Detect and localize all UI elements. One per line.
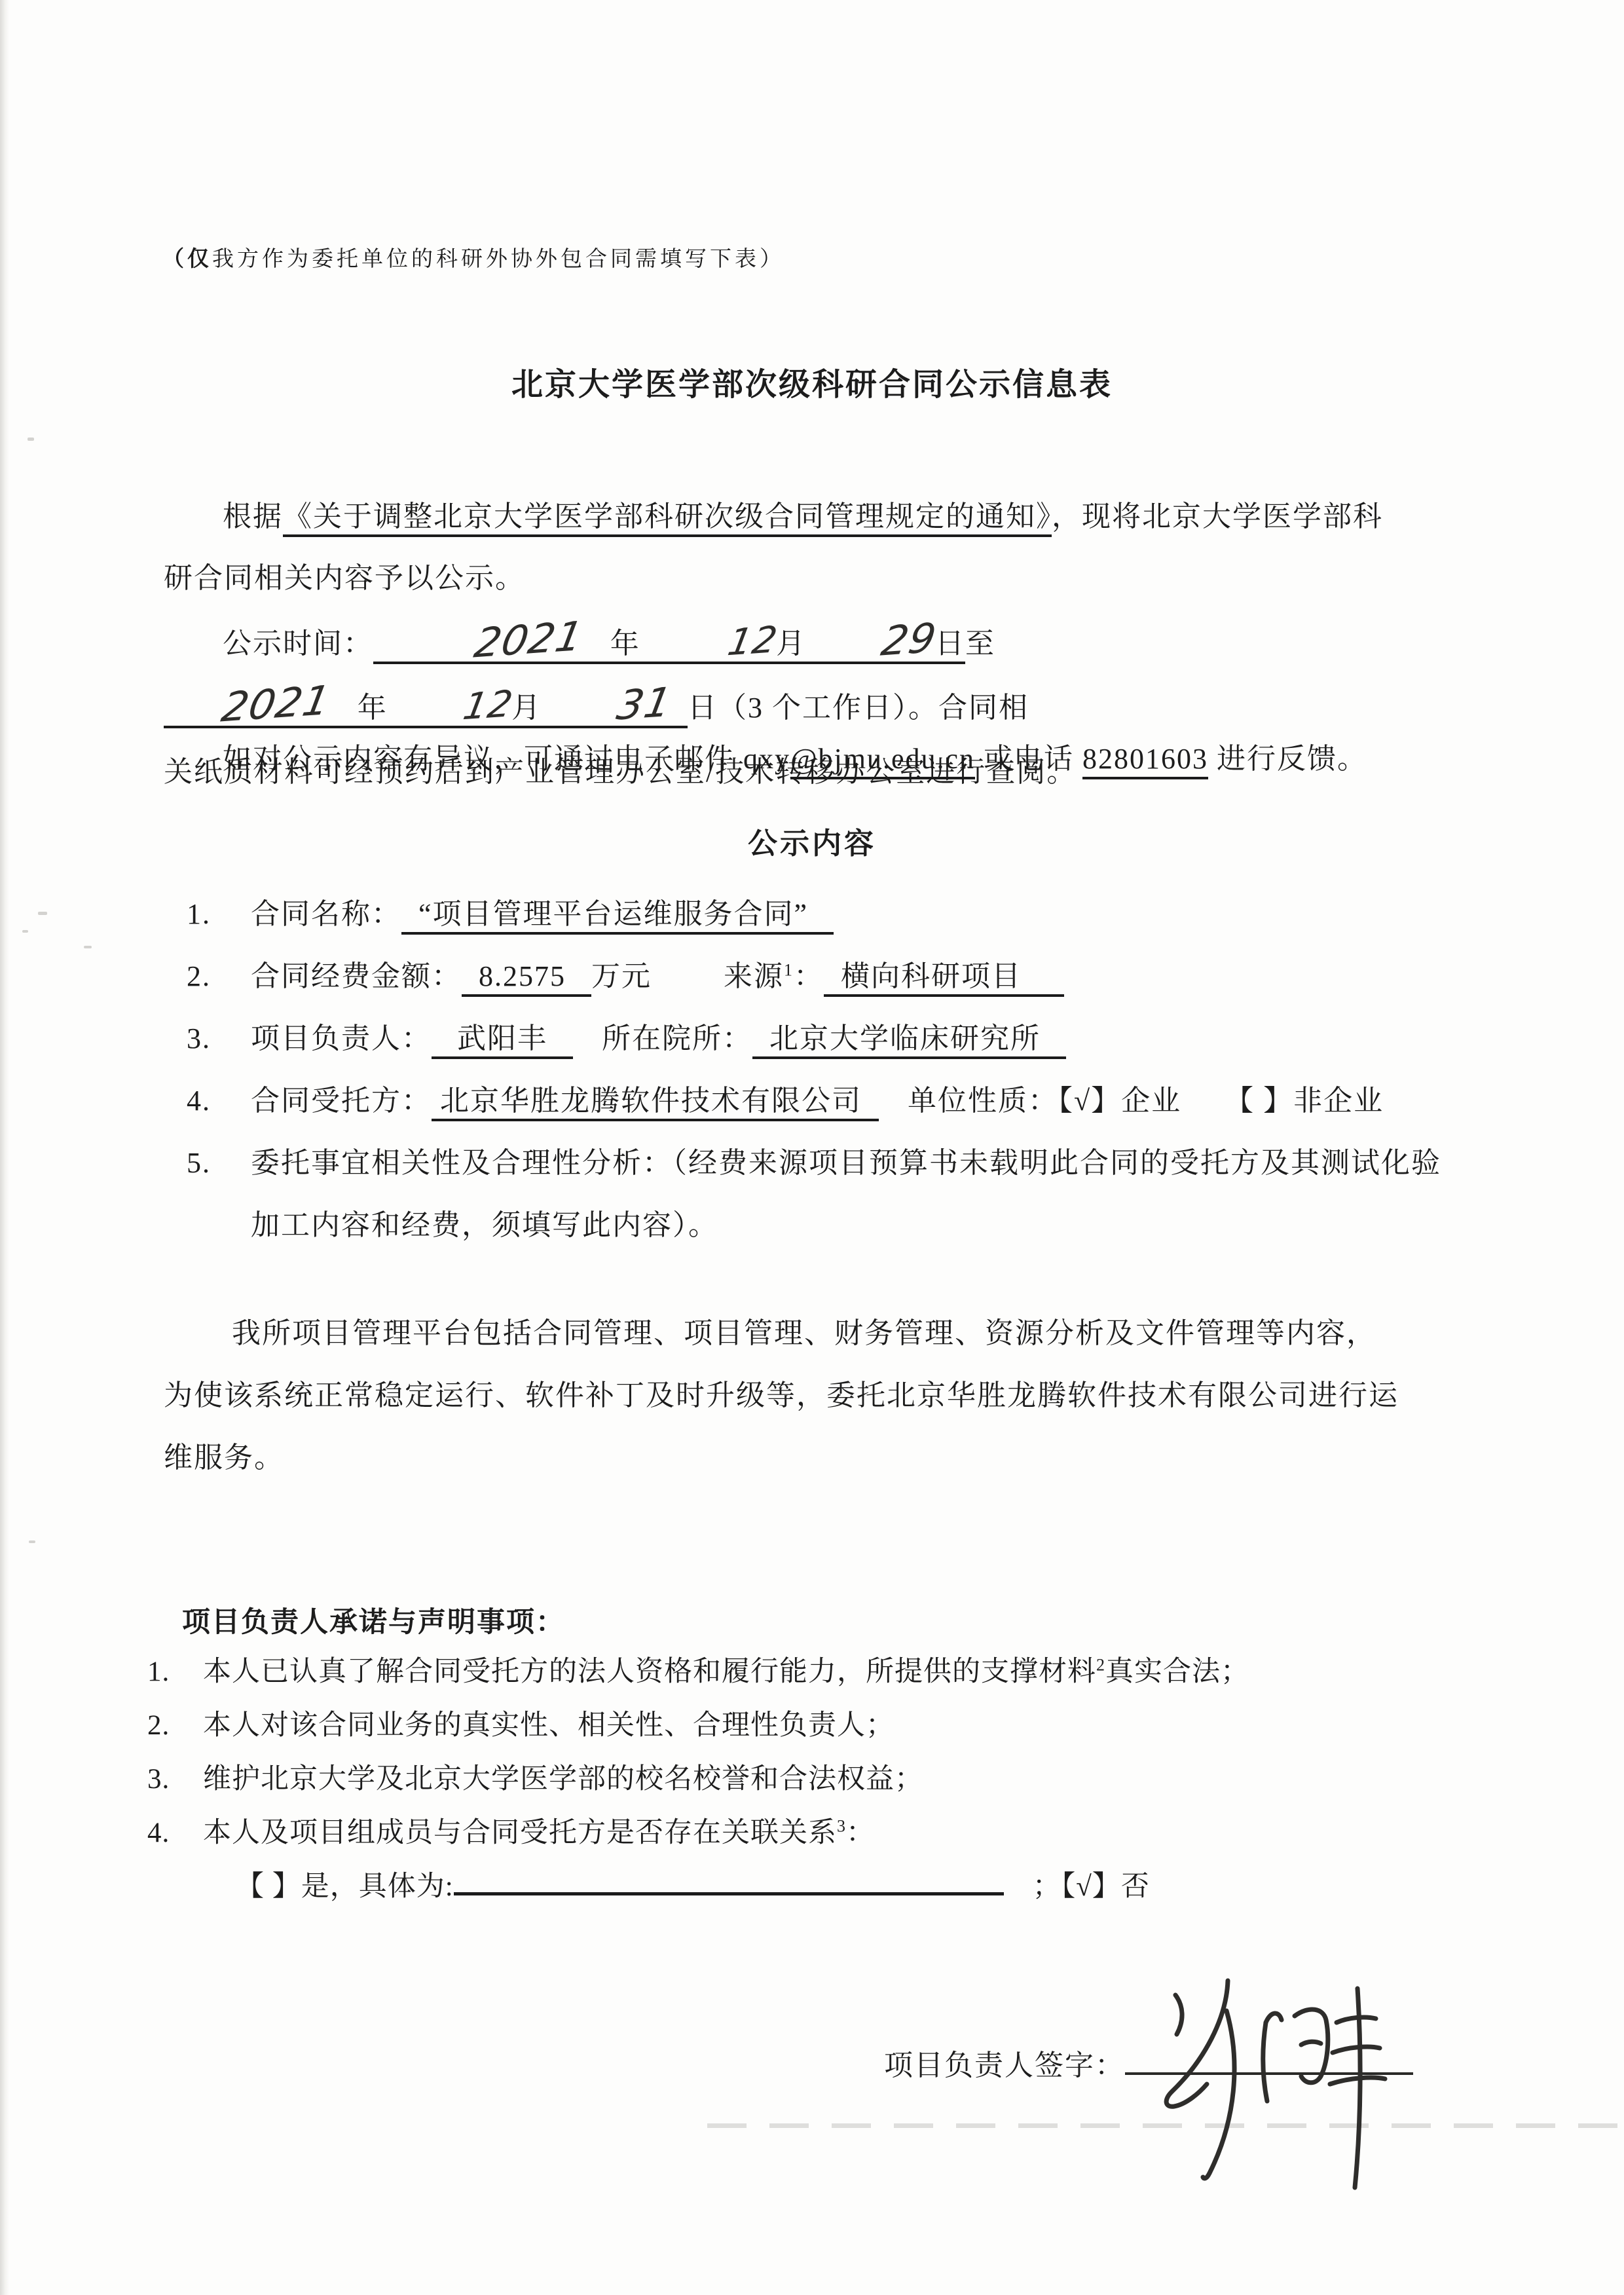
item-number: 4.	[187, 1070, 251, 1132]
amount-label: 合同经费金额：	[251, 960, 462, 992]
disclosure-list: 1.合同名称： “项目管理平台运维服务合同” 2.合同经费金额： 8.2575 …	[187, 883, 1473, 1256]
pledge-item-3: 3.维护北京大学及北京大学医学部的校名校誉和合法权益；	[147, 1753, 1477, 1806]
item-number: 4.	[147, 1806, 203, 1860]
pledge-4-tail: ：	[846, 1818, 875, 1848]
feedback-phone: 82801603	[1082, 743, 1208, 779]
pledge-3-text: 维护北京大学及北京大学医学部的校名校誉和合法权益；	[203, 1764, 923, 1795]
top-note-bold: （仅	[162, 248, 212, 271]
handwritten-day-end: 31	[554, 682, 675, 730]
pi-value: 武阳丰	[432, 1022, 573, 1059]
list-item-contractor: 4.合同受托方： 北京华胜龙腾软件技术有限公司 单位性质：【√】企业【 】非企业	[187, 1070, 1473, 1132]
description-line3: 维服务。	[164, 1442, 284, 1474]
scan-edge-artifact	[0, 0, 9, 2295]
handwritten-month-end: 12	[401, 686, 516, 730]
scan-speck	[29, 1540, 35, 1543]
feedback-pre: 如对公示内容有异议，可通过电子邮件	[223, 743, 743, 775]
feedback-post: 进行反馈。	[1208, 743, 1367, 775]
intro-line2: 研合同相关内容予以公示。	[164, 562, 525, 594]
amount-value: 8.2575	[462, 960, 591, 997]
pledge-heading: 项目负责人承诺与声明事项：	[182, 1602, 565, 1643]
month-unit: 月	[511, 692, 542, 724]
publicity-time-blank-start: 2021年12月29日	[373, 627, 965, 664]
handwritten-year-end: 2021	[159, 680, 334, 732]
item-number: 5.	[187, 1132, 251, 1194]
day-unit: 日	[935, 627, 965, 660]
list-item-contract-name: 1.合同名称： “项目管理平台运维服务合同”	[187, 883, 1473, 945]
pledge-item-2: 2.本人对该合同业务的真实性、相关性、合理性负责人；	[147, 1699, 1477, 1753]
contract-name-value: “项目管理平台运维服务合同”	[401, 898, 834, 935]
analysis-line1: 委托事宜相关性及合理性分析：（经费来源项目预算书未载明此合同的受托方及其测试化验	[251, 1147, 1441, 1179]
scan-speck	[84, 946, 92, 948]
pi-label: 项目负责人：	[251, 1022, 432, 1054]
scanned-document-page: （仅我方作为委托单位的科研外协外包合同需填写下表） 北京大学医学部次级科研合同公…	[0, 0, 1624, 2295]
source-label: 来源	[724, 960, 784, 992]
year-unit: 年	[610, 627, 640, 660]
handwritten-month-start: 12	[665, 622, 781, 665]
scan-speck	[28, 438, 34, 441]
amount-unit: 万元	[591, 960, 652, 992]
pledge-1-text: 本人已认真了解合同受托方的法人资格和履行能力，所提供的支撑材料	[203, 1656, 1096, 1687]
item-number: 3.	[187, 1007, 251, 1070]
scan-speck	[22, 930, 28, 933]
list-item-contract-amount: 2.合同经费金额： 8.2575 万元来源1： 横向科研项目	[187, 945, 1473, 1007]
publicity-time-blank-end: 2021年12月31	[164, 692, 688, 728]
checkbox-yes-unchecked: 【 】	[236, 1871, 301, 1902]
year-unit: 年	[358, 692, 388, 724]
month-unit: 月	[776, 627, 806, 660]
top-note-text: 我方作为委托单位的科研外协外包合同需填写下表）	[212, 248, 784, 271]
intro-pre: 根据	[223, 500, 283, 532]
handwritten-year-start: 2021	[412, 616, 587, 667]
item-number: 3.	[147, 1753, 203, 1806]
intro-paragraph: 根据《关于调整北京大学医学部科研次级合同管理规定的通知》，现将北京大学医学部科 …	[164, 486, 1470, 609]
relation-detail-blank	[454, 1866, 1004, 1895]
checkbox-non-enterprise-unchecked: 【 】非企业	[1225, 1085, 1384, 1117]
pledge-1-tail: 真实合法；	[1105, 1656, 1249, 1687]
description-line1: 我所项目管理平台包括合同管理、项目管理、财务管理、资源分析及文件管理等内容，	[232, 1317, 1376, 1349]
pledge-2-text: 本人对该合同业务的真实性、相关性、合理性负责人；	[203, 1710, 895, 1741]
description-paragraph: 我所项目管理平台包括合同管理、项目管理、财务管理、资源分析及文件管理等内容， 为…	[164, 1302, 1470, 1489]
checkbox-enterprise-checked: 【√】企业	[1058, 1085, 1181, 1117]
footnote-ref-1: 1	[784, 960, 794, 979]
contractor-value: 北京华胜龙腾软件技术有限公司	[432, 1085, 879, 1121]
source-value: 横向科研项目	[824, 960, 1064, 997]
relation-semicolon: ；	[1033, 1871, 1061, 1902]
list-item-pi: 3.项目负责人： 武阳丰 所在院所： 北京大学临床研究所	[187, 1007, 1473, 1070]
footnote-ref-3: 3	[837, 1817, 846, 1836]
pledge-item-4: 4.本人及项目组成员与合同受托方是否存在关联关系3：	[147, 1806, 1477, 1860]
list-item-analysis: 5.委托事宜相关性及合理性分析：（经费来源项目预算书未载明此合同的受托方及其测试…	[187, 1132, 1473, 1256]
to-char: 至	[965, 627, 995, 660]
item-number: 2.	[147, 1699, 203, 1753]
intro-post: ，现将北京大学医学部科	[1052, 500, 1383, 532]
page-title: 北京大学医学部次级科研合同公示信息表	[0, 362, 1624, 409]
intro-doc-title: 《关于调整北京大学医学部科研次级合同管理规定的通知》	[283, 500, 1052, 537]
footnote-ref-2: 2	[1096, 1656, 1105, 1675]
nature-label: 单位性质：	[908, 1085, 1058, 1117]
contract-name-label: 合同名称：	[251, 898, 401, 930]
feedback-email-domain: @bjmu.edu.cn	[790, 743, 975, 779]
dept-label: 所在院所：	[602, 1022, 752, 1054]
description-line2: 为使该系统正常稳定运行、软件补丁及时升级等，委托北京华胜龙腾软件技术有限公司进行…	[164, 1379, 1399, 1411]
section-title: 公示内容	[0, 821, 1624, 866]
relation-yes-label: 是，具体为:	[301, 1871, 454, 1902]
pledge-4-text: 本人及项目组成员与合同受托方是否存在关联关系	[203, 1818, 837, 1848]
feedback-email-user: qxy	[743, 743, 790, 775]
checkbox-no-checked: 【√】	[1061, 1871, 1121, 1902]
feedback-mid: 或电话	[975, 743, 1082, 775]
source-colon: ：	[794, 960, 824, 992]
publicity-time-tail: 日（3 个工作日）。合同相	[688, 692, 1029, 724]
relation-no-label: 否	[1121, 1871, 1150, 1902]
relation-answer-line: 【 】是，具体为:；【√】否	[236, 1860, 1477, 1914]
contractor-label: 合同受托方：	[251, 1085, 432, 1117]
top-note: （仅我方作为委托单位的科研外协外包合同需填写下表）	[162, 241, 784, 278]
item-number: 2.	[187, 945, 251, 1007]
dept-value: 北京大学临床研究所	[752, 1022, 1066, 1059]
feedback-paragraph: 如对公示内容有异议，可通过电子邮件 qxy@bjmu.edu.cn 或电话 82…	[164, 736, 1470, 782]
scan-speck	[38, 912, 47, 915]
item-number: 1.	[187, 883, 251, 945]
pledge-list: 1.本人已认真了解合同受托方的法人资格和履行能力，所提供的支撑材料2真实合法； …	[147, 1645, 1477, 1914]
pledge-item-1: 1.本人已认真了解合同受托方的法人资格和履行能力，所提供的支撑材料2真实合法；	[147, 1645, 1477, 1699]
publicity-time-label: 公示时间：	[223, 627, 373, 660]
analysis-line2: 加工内容和经费，须填写此内容）。	[251, 1209, 718, 1241]
handwritten-signature	[1149, 1977, 1398, 2193]
handwritten-day-start: 29	[819, 618, 940, 666]
item-number: 1.	[147, 1645, 203, 1699]
signature-label: 项目负责人签字：	[884, 2049, 1125, 2081]
